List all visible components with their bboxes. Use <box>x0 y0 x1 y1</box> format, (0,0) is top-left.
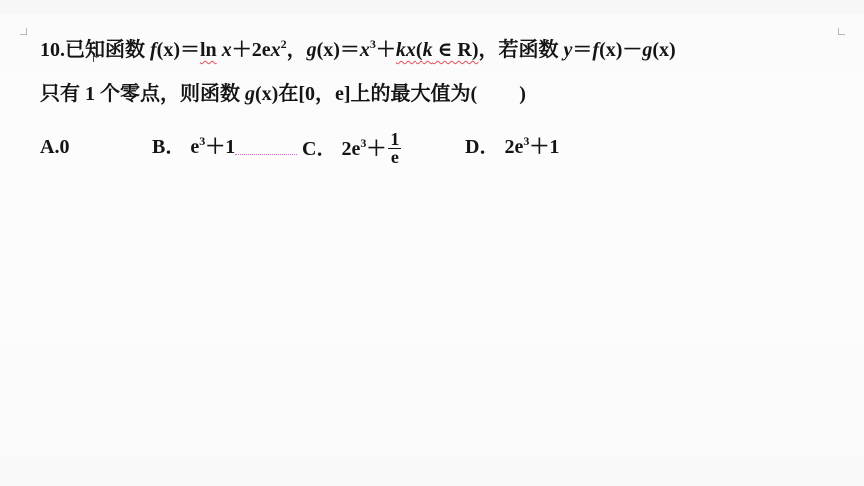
g-arg: (x) <box>317 39 340 61</box>
line2-text-2: 在[0，e]上的最大值为( <box>278 83 477 105</box>
document-page: 10.已知函数 f(x)＝ln x＋2ex2，g(x)＝x3＋kx(k ∈ R)… <box>0 0 864 486</box>
in-reals: ∈ R) <box>433 39 479 61</box>
question-line-1[interactable]: 10.已知函数 f(x)＝ln x＋2ex2，g(x)＝x3＋kx(k ∈ R)… <box>40 36 676 66</box>
g-name: g <box>642 39 652 61</box>
page-top-strip <box>0 0 864 14</box>
ln-text: ln <box>200 39 217 61</box>
close-paren: ) <box>519 83 526 105</box>
f-arg: (x) <box>599 39 622 61</box>
domain-open: ( <box>416 39 423 61</box>
g-arg: (x) <box>652 39 675 61</box>
option-base: 2e <box>341 138 360 160</box>
option-base: 2e <box>504 136 523 158</box>
comma: ， <box>479 39 499 61</box>
option-b[interactable]: B． e3＋1 <box>152 133 297 163</box>
fraction: 1e <box>388 131 401 166</box>
x-var: x <box>271 39 281 61</box>
option-value: 0 <box>59 136 69 158</box>
intro-text: 已知函数 <box>65 39 145 61</box>
kx-term: kx <box>396 39 416 61</box>
line2-text-1: 只有 1 个零点，则函数 <box>40 83 245 105</box>
dotted-underline <box>235 153 297 155</box>
exponent: 2 <box>281 37 287 51</box>
option-rest: ＋1 <box>529 136 559 158</box>
option-rest: ＋1 <box>205 136 235 158</box>
option-label: D． <box>465 136 499 158</box>
f-arg: (x) <box>157 39 180 61</box>
minus: － <box>622 39 642 61</box>
term-2e: 2e <box>252 39 271 61</box>
fraction-denominator: e <box>388 149 401 166</box>
option-base: e <box>190 136 199 158</box>
g-name: g <box>307 39 317 61</box>
page-corner-mark-left <box>20 28 27 35</box>
plus: ＋ <box>376 39 396 61</box>
f-name: f <box>150 39 157 61</box>
plus: ＋ <box>366 138 386 160</box>
exponent: 3 <box>360 136 366 150</box>
option-label: B． <box>152 136 185 158</box>
page-corner-mark-right <box>838 28 845 35</box>
question-line-2[interactable]: 只有 1 个零点，则函数 g(x)在[0，e]上的最大值为() <box>40 80 526 108</box>
option-label: C． <box>302 138 336 160</box>
equals: ＝ <box>340 39 360 61</box>
option-a[interactable]: A.0 <box>40 133 69 161</box>
if-func-text: 若函数 <box>499 39 559 61</box>
exponent: 3 <box>523 134 529 148</box>
x-var: x <box>360 39 370 61</box>
question-number: 10. <box>40 39 65 61</box>
k-var: k <box>423 39 433 61</box>
g-name: g <box>245 83 255 105</box>
exponent: 3 <box>199 134 205 148</box>
x-var: x <box>217 39 232 61</box>
option-c[interactable]: C． 2e3＋1e <box>302 133 401 168</box>
equals: ＝ <box>180 39 200 61</box>
plus: ＋ <box>232 39 252 61</box>
option-label: A. <box>40 136 59 158</box>
comma: ， <box>287 39 307 61</box>
g-arg: (x) <box>255 83 278 105</box>
exponent: 3 <box>370 37 376 51</box>
equals: ＝ <box>572 39 592 61</box>
text-cursor-icon <box>93 56 99 62</box>
option-d[interactable]: D． 2e3＋1 <box>465 133 559 163</box>
